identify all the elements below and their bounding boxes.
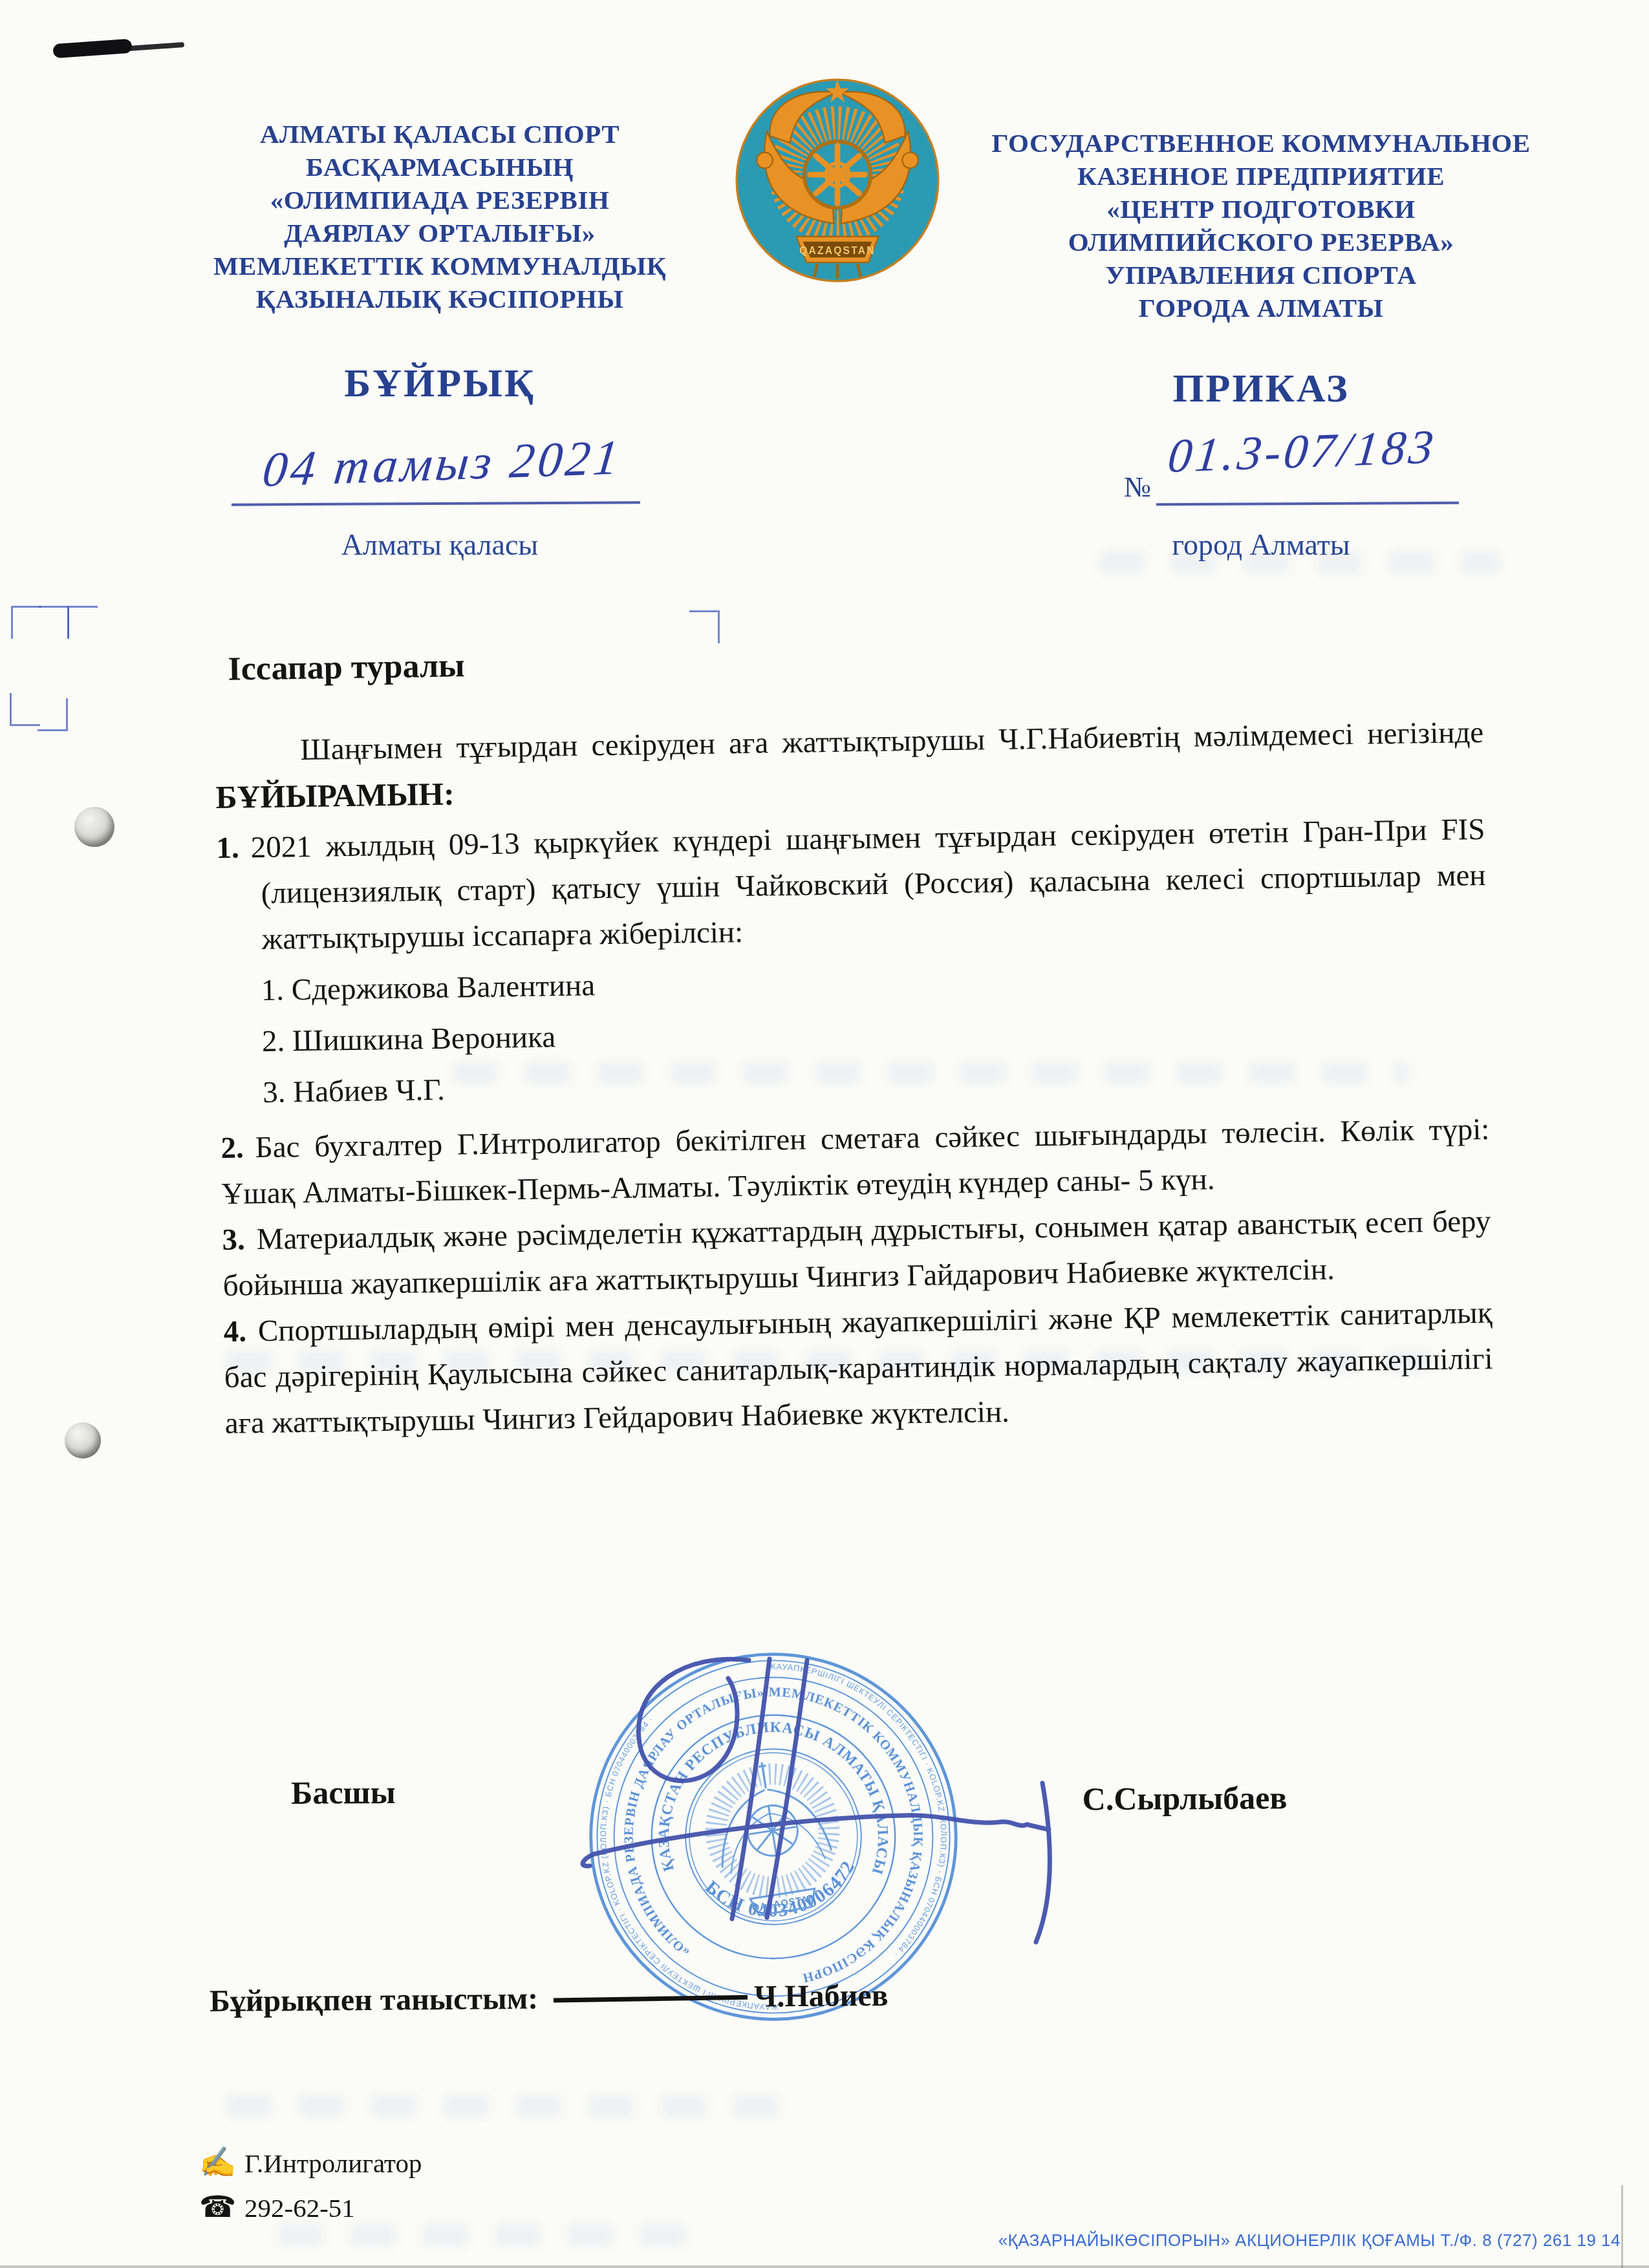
org-name-kazakh: АЛМАТЫ ҚАЛАСЫ СПОРТ БАСҚАРМАСЫНЫҢ «ОЛИМП… (194, 118, 685, 316)
signature-line (554, 1995, 748, 2003)
scan-smudge (52, 39, 132, 58)
registration-mark (11, 606, 39, 637)
registration-mark (10, 693, 38, 724)
org-line: КАЗЕННОЕ ПРЕДПРИЯТИЕ (964, 160, 1558, 193)
writing-hand-icon: ✍ (199, 2145, 244, 2180)
registration-mark (38, 698, 66, 729)
document-footer: ✍Г.Интролигатор ☎292-62-51 (199, 2145, 422, 2233)
phone-number: 292-62-51 (244, 2193, 355, 2223)
number-underline (1156, 502, 1459, 506)
org-line: БАСҚАРМАСЫНЫҢ (194, 151, 685, 184)
place-russian: город Алматы (1035, 528, 1487, 562)
item-number: 4. (223, 1314, 246, 1349)
org-line: АЛМАТЫ ҚАЛАСЫ СПОРТ (194, 118, 685, 151)
org-line: МЕМЛЕКЕТТІК КОММУНАЛДЫҚ (194, 250, 685, 283)
prepared-by: Г.Интролигатор (244, 2148, 422, 2178)
number-sign: № (1124, 471, 1151, 504)
org-line: ҚАЗЫНАЛЫҚ КӘСІПОРНЫ (194, 283, 685, 316)
item-text: 2021 жылдың 09-13 қыркүйек күндері шаңғы… (250, 813, 1485, 956)
org-line: ГОРОДА АЛМАТЫ (964, 292, 1558, 325)
handwritten-date: 04 тамыз 2021 (260, 429, 624, 498)
order-item-1: 1.2021 жылдың 09-13 қыркүйек күндері шаң… (216, 807, 1487, 963)
bleed-through-text (226, 2095, 795, 2117)
org-name-russian: ГОСУДАРСТВЕННОЕ КОММУНАЛЬНОЕ КАЗЕННОЕ ПР… (964, 127, 1558, 325)
date-underline (232, 501, 640, 506)
kazakhstan-coat-of-arms-icon: QAZAQSTAN (729, 72, 945, 288)
org-line: ДАЯРЛАУ ОРТАЛЫҒЫ» (194, 217, 685, 250)
hole-punch-bottom (65, 1422, 101, 1459)
registration-mark (67, 606, 96, 637)
order-subject: Іссапар туралы (228, 628, 1483, 692)
athletes-list: 1. Сдержикова Валентина 2. Шишкина Верон… (218, 947, 1489, 1119)
intro-text: Шаңғымен тұғырдан секіруден аға жаттықты… (300, 716, 1484, 767)
item-number: 2. (221, 1131, 244, 1165)
registration-mark (689, 610, 718, 641)
handwritten-order-number: 01.3-07/183 (1165, 420, 1439, 484)
order-item-4: 4.Спортшылардың өмірі мен денсаулығының … (223, 1290, 1494, 1447)
order-body: Іссапар туралы Шаңғымен тұғырдан секіруд… (213, 628, 1494, 1447)
item-number: 3. (222, 1223, 245, 1257)
org-line: УПРАВЛЕНИЯ СПОРТА (964, 259, 1558, 292)
org-line: ОЛИМПИЙСКОГО РЕЗЕРВА» (964, 226, 1558, 259)
item-text: Бас бухгалтер Г.Интролигатор бекітілген … (221, 1113, 1490, 1211)
order-title-russian: ПРИКАЗ (1002, 366, 1520, 412)
signer-name: С.Сырлыбаев (1083, 1779, 1288, 1817)
org-line: ГОСУДАРСТВЕННОЕ КОММУНАЛЬНОЕ (964, 127, 1558, 160)
intro-paragraph: Шаңғымен тұғырдан секіруден аға жаттықты… (215, 710, 1485, 822)
item-text: Материалдық және рәсімделетін құжаттарды… (222, 1204, 1491, 1303)
page-edge (0, 2265, 1649, 2268)
place-kazakh: Алматы қаласы (213, 528, 666, 562)
acknowledgment-label: Бұйрықпен таныстым: (210, 1982, 539, 2018)
phone-icon: ☎ (199, 2189, 244, 2224)
intro-ordering-word: БҰЙЫРАМЫН: (215, 775, 455, 815)
order-title-kazakh: БҰЙРЫҚ (213, 361, 666, 407)
page-edge (1621, 2185, 1623, 2268)
item-number: 1. (216, 831, 239, 865)
item-text: Спортшылардың өмірі мен денсаулығының жа… (224, 1296, 1493, 1440)
signer-position: Басшы (291, 1773, 396, 1812)
handwritten-signature (556, 1641, 1099, 1977)
org-line: «ЦЕНТР ПОДГОТОВКИ (964, 193, 1558, 226)
emblem-banner-text: QAZAQSTAN (799, 246, 876, 257)
printing-house-line: «ҚАЗАРНАЙЫКӨСІПОРЫН» АКЦИОНЕРЛІК ҚОҒАМЫ … (998, 2231, 1621, 2251)
org-line: «ОЛИМПИАДА РЕЗЕРВІН (194, 184, 685, 217)
acknowledgment-row: Бұйрықпен таныстым:Ч.Набиев (210, 1976, 1115, 2019)
hole-punch-top (74, 807, 114, 847)
registration-mark (39, 606, 67, 637)
acknowledged-by-name: Ч.Набиев (754, 1978, 889, 2014)
